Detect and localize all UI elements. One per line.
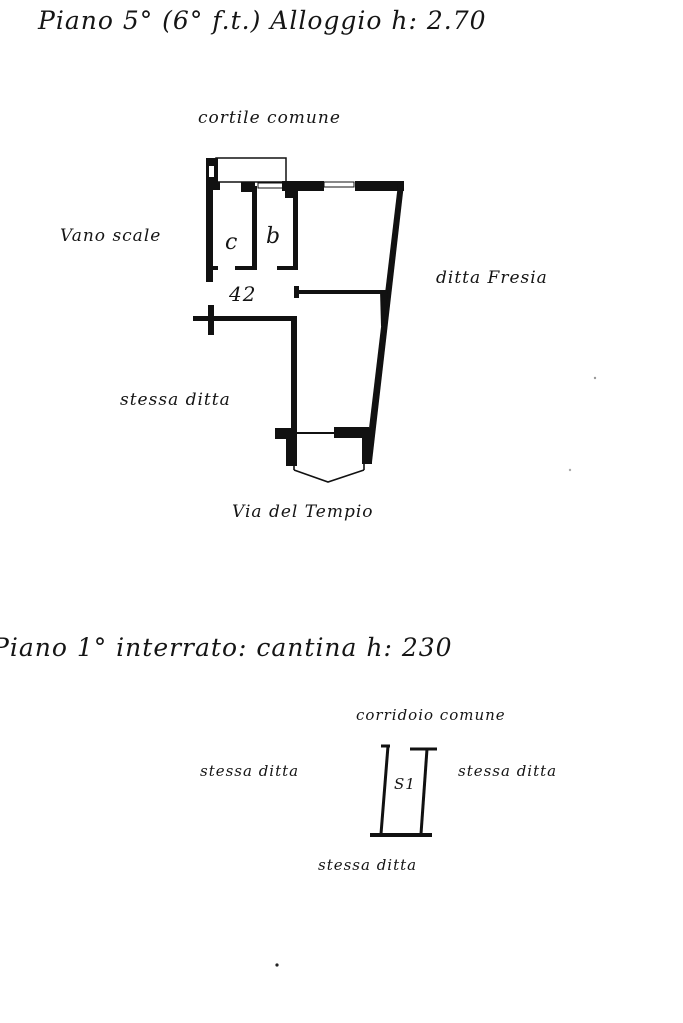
label-stessa-ditta-cellar-south: stessa ditta bbox=[318, 856, 417, 874]
lower-plan-title: Piano 1° interrato: cantina h: 230 bbox=[0, 633, 453, 662]
room-mark-kitchen: c bbox=[225, 230, 238, 255]
unit-number-42: 42 bbox=[229, 282, 256, 306]
label-stessa-ditta-cellar-west: stessa ditta bbox=[200, 762, 299, 780]
label-corridoio-comune: corridoio comune bbox=[356, 706, 506, 724]
balcony-outline bbox=[216, 158, 286, 182]
label-stessa-ditta-cellar-east: stessa ditta bbox=[458, 762, 557, 780]
room-mark-bath: b bbox=[266, 224, 281, 249]
unit-number-s1: S1 bbox=[394, 775, 416, 793]
